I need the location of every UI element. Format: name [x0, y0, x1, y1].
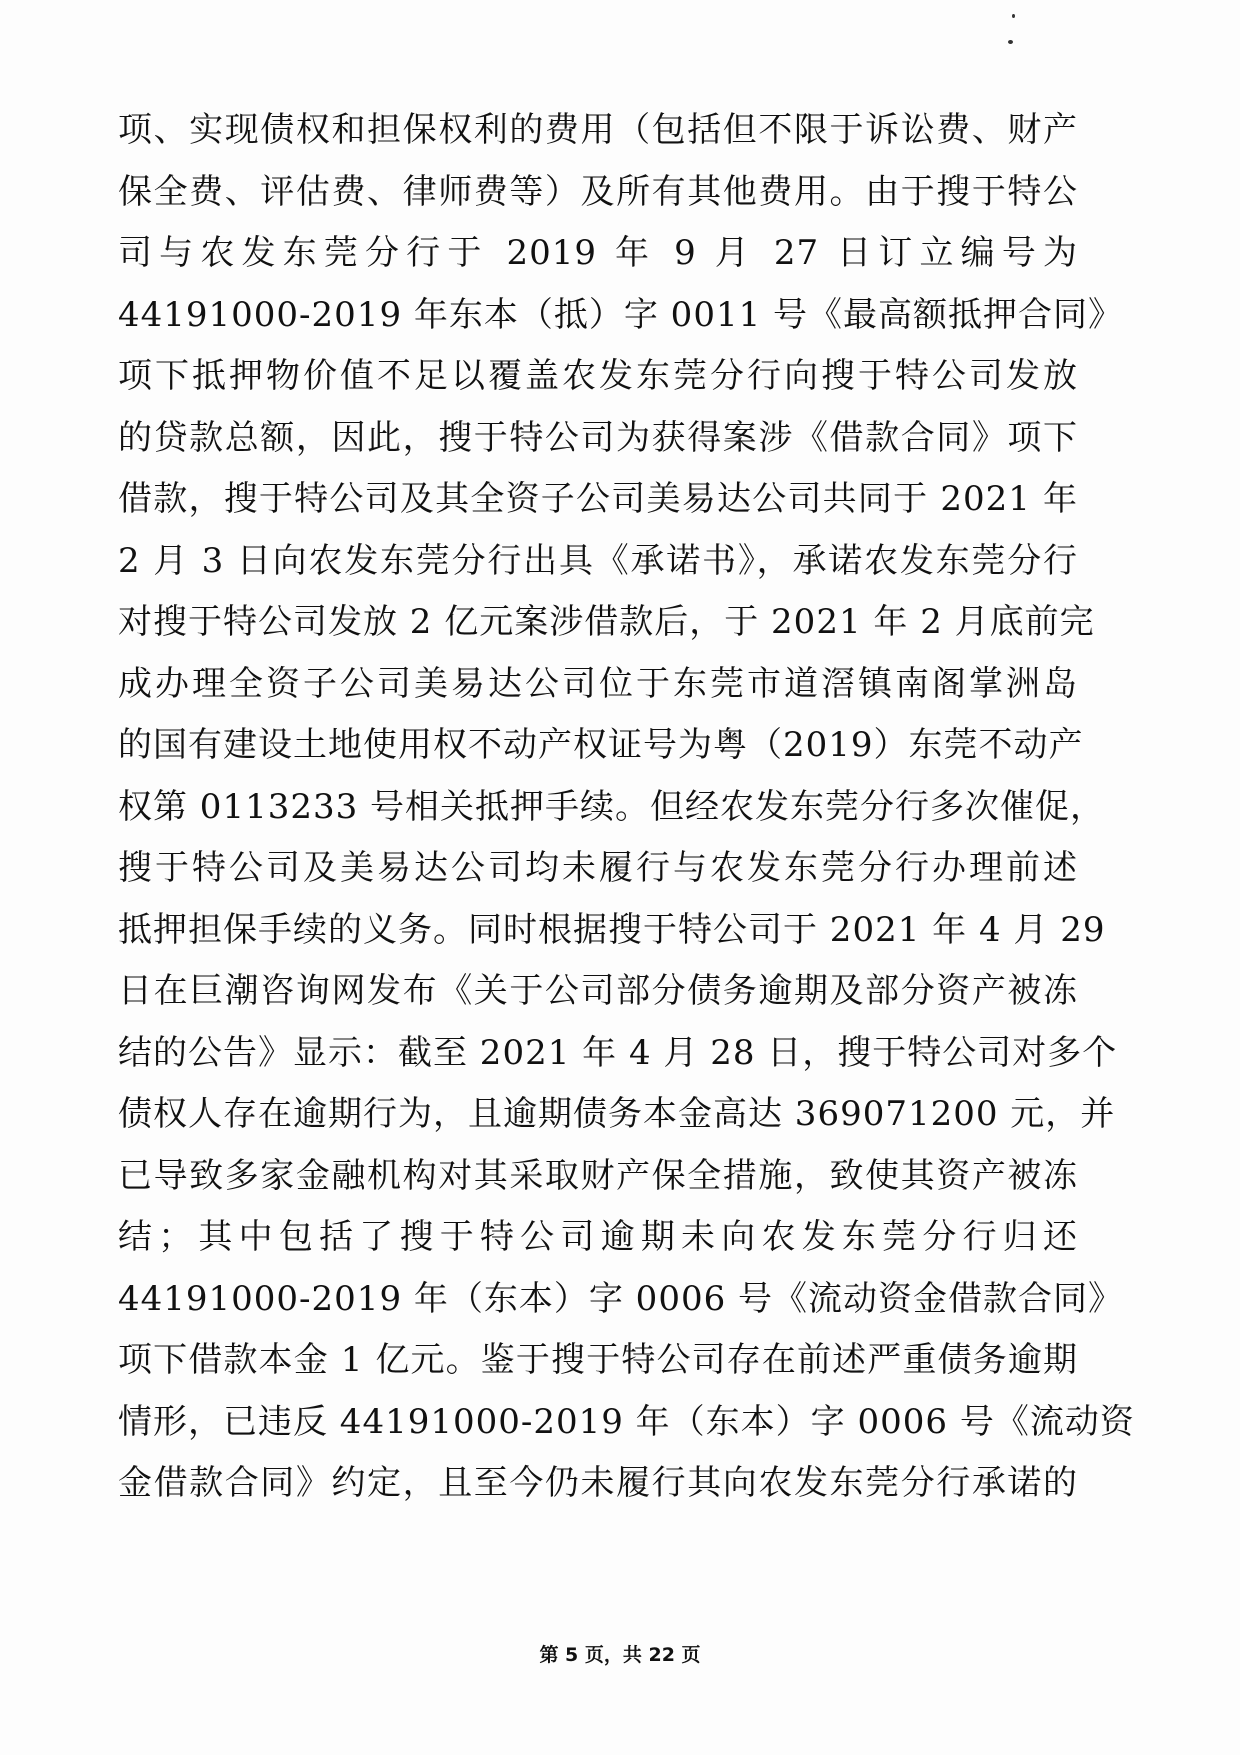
text-line: 司与农发东莞分行于 2019 年 9 月 27 日订立编号为: [118, 223, 1078, 285]
text-line: 日在巨潮咨询网发布《关于公司部分债务逾期及部分资产被冻: [118, 961, 1078, 1023]
text-line: 保全费、评估费、律师费等）及所有其他费用。由于搜于特公: [118, 162, 1078, 224]
text-line: 金借款合同》约定，且至今仍未履行其向农发东莞分行承诺的: [118, 1453, 1078, 1515]
text-line: 44191000-2019 年（东本）字 0006 号《流动资金借款合同》: [118, 1269, 1078, 1331]
text-line: 情形，已违反 44191000-2019 年（东本）字 0006 号《流动资: [118, 1392, 1078, 1454]
text-line: 项、实现债权和担保权利的费用（包括但不限于诉讼费、财产: [118, 100, 1078, 162]
text-line: 对搜于特公司发放 2 亿元案涉借款后，于 2021 年 2 月底前完: [118, 592, 1078, 654]
text-line: 结的公告》显示：截至 2021 年 4 月 28 日，搜于特公司对多个: [118, 1023, 1078, 1085]
scan-speck: [1012, 14, 1015, 18]
text-line: 44191000-2019 年东本（抵）字 0011 号《最高额抵押合同》: [118, 285, 1078, 347]
text-line: 搜于特公司及美易达公司均未履行与农发东莞分行办理前述: [118, 838, 1078, 900]
text-line: 借款，搜于特公司及其全资子公司美易达公司共同于 2021 年: [118, 469, 1078, 531]
text-line: 项下抵押物价值不足以覆盖农发东莞分行向搜于特公司发放: [118, 346, 1078, 408]
text-line: 已导致多家金融机构对其采取财产保全措施，致使其资产被冻: [118, 1146, 1078, 1208]
text-line: 抵押担保手续的义务。同时根据搜于特公司于 2021 年 4 月 29: [118, 900, 1078, 962]
document-body: 项、实现债权和担保权利的费用（包括但不限于诉讼费、财产 保全费、评估费、律师费等…: [118, 100, 1078, 1515]
scan-speck: [1008, 40, 1013, 44]
text-line: 项下借款本金 1 亿元。鉴于搜于特公司存在前述严重债务逾期: [118, 1330, 1078, 1392]
document-page: 项、实现债权和担保权利的费用（包括但不限于诉讼费、财产 保全费、评估费、律师费等…: [0, 0, 1240, 1755]
text-line: 2 月 3 日向农发东莞分行出具《承诺书》，承诺农发东莞分行: [118, 531, 1078, 593]
text-line: 的国有建设土地使用权不动产权证号为粤（2019）东莞不动产: [118, 715, 1078, 777]
text-line: 的贷款总额，因此，搜于特公司为获得案涉《借款合同》项下: [118, 408, 1078, 470]
text-line: 结；其中包括了搜于特公司逾期未向农发东莞分行归还: [118, 1207, 1078, 1269]
text-line: 权第 0113233 号相关抵押手续。但经农发东莞分行多次催促，: [118, 777, 1078, 839]
text-line: 债权人存在逾期行为，且逾期债务本金高达 369071200 元，并: [118, 1084, 1078, 1146]
page-number-footer: 第 5 页，共 22 页: [0, 1640, 1240, 1667]
text-line: 成办理全资子公司美易达公司位于东莞市道滘镇南阁掌洲岛: [118, 654, 1078, 716]
